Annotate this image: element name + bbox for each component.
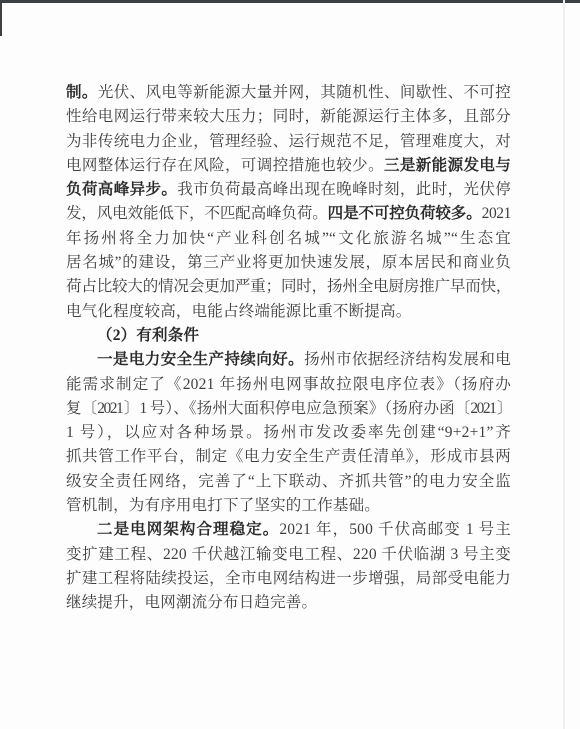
text-line: 电网整体运行存在风险，可调控措施也较少。三是新能源发电与 bbox=[66, 154, 511, 178]
text-segment-bold: 四是不可控负荷较多。 bbox=[328, 205, 482, 222]
text-line: 居名城”的建设，第三产业将更加快速发展，原本居民和商业负 bbox=[66, 251, 511, 275]
text-segment: 继续提升，电网潮流分布日趋完善。 bbox=[66, 594, 317, 611]
text-segment: 电气化程度较高，电能占终端能源比重不断提高。 bbox=[66, 303, 411, 320]
text-segment: 发，风电效能低下，不匹配高峰负荷。 bbox=[66, 205, 328, 222]
text-line: 继续提升，电网潮流分布日趋完善。 bbox=[66, 591, 511, 615]
text-segment: 年扬州将全力加快“产业科创名城”“文化旅游名城”“生态宜 bbox=[66, 230, 511, 247]
text-segment: 为非传统电力企业，管理经验、运行规范不足，管理难度大，对 bbox=[66, 133, 511, 150]
text-line: 荷占比较大的情况会更加严重；同时，扬州全电厨房推广早而快， bbox=[66, 275, 511, 299]
text-line: 一是电力安全生产持续向好。扬州市依据经济结构发展和电 bbox=[66, 348, 511, 372]
text-segment-bold: 制。 bbox=[66, 84, 98, 101]
text-line: 管机制，为有序用电打下了坚实的工作基础。 bbox=[66, 494, 511, 518]
text-segment: 变扩建工程、220 千伏越江输变电工程、220 千伏临湖 3 号主变 bbox=[66, 546, 511, 563]
text-line: 二是电网架构合理稳定。2021 年，500 千伏高邮变 1 号主 bbox=[66, 518, 511, 542]
scan-top-bar bbox=[0, 0, 580, 3]
text-segment: 2021 bbox=[482, 205, 511, 222]
text-line: 能需求制定了《2021 年扬州电网事故拉限电序位表》（扬府办 bbox=[66, 373, 511, 397]
text-line: 级安全责任网络，完善了“上下联动、齐抓共管”的电力安全监 bbox=[66, 470, 511, 494]
text-segment: 抓共管工作平台，制定《电力安全生产责任清单》，形成市县两 bbox=[66, 448, 511, 465]
text-line: 负荷高峰异步。我市负荷最高峰出现在晚峰时刻，此时，光伏停 bbox=[66, 178, 511, 202]
text-segment-bold: 负荷高峰异步。 bbox=[66, 181, 177, 198]
scan-left-edge-tick bbox=[0, 0, 2, 36]
text-segment-bold: 二是电网架构合理稳定。 bbox=[97, 521, 279, 538]
text-line: 年扬州将全力加快“产业科创名城”“文化旅游名城”“生态宜 bbox=[66, 227, 511, 251]
text-line: （2）有利条件 bbox=[66, 324, 511, 348]
text-line: 1 号），以应对各种场景。扬州市发改委率先创建“9+2+1”齐 bbox=[66, 421, 511, 445]
text-line: 发，风电效能低下，不匹配高峰负荷。四是不可控负荷较多。2021 bbox=[66, 202, 511, 226]
text-segment: 2021 年，500 千伏高邮变 1 号主 bbox=[279, 521, 511, 538]
text-line: 扩建工程将陆续投运，全市电网结构进一步增强，局部受电能力 bbox=[66, 567, 511, 591]
document-page: 制。光伏、风电等新能源大量并网，其随机性、间歇性、不可控性给电网运行带来较大压力… bbox=[0, 0, 580, 729]
text-segment: 荷占比较大的情况会更加严重；同时，扬州全电厨房推广早而快， bbox=[66, 278, 511, 295]
text-segment: 光伏、风电等新能源大量并网，其随机性、间歇性、不可控 bbox=[98, 84, 511, 101]
document-text: 制。光伏、风电等新能源大量并网，其随机性、间歇性、不可控性给电网运行带来较大压力… bbox=[66, 81, 511, 616]
text-line: 复〔2021〕1 号）、《扬州大面积停电应急预案》（扬府办函〔2021〕 bbox=[66, 397, 511, 421]
text-line: 抓共管工作平台，制定《电力安全生产责任清单》，形成市县两 bbox=[66, 445, 511, 469]
text-segment: 性给电网运行带来较大压力；同时，新能源运行主体多，且部分 bbox=[66, 108, 511, 125]
text-segment: 复〔2021〕1 号）、《扬州大面积停电应急预案》（扬府办函〔2021〕 bbox=[66, 400, 511, 417]
text-line: 为非传统电力企业，管理经验、运行规范不足，管理难度大，对 bbox=[66, 130, 511, 154]
text-line: 性给电网运行带来较大压力；同时，新能源运行主体多，且部分 bbox=[66, 105, 511, 129]
text-segment: 扩建工程将陆续投运，全市电网结构进一步增强，局部受电能力 bbox=[66, 570, 511, 587]
text-segment: 能需求制定了《2021 年扬州电网事故拉限电序位表》（扬府办 bbox=[66, 376, 511, 393]
text-segment: 电网整体运行存在风险，可调控措施也较少。 bbox=[66, 157, 384, 174]
text-segment: 管机制，为有序用电打下了坚实的工作基础。 bbox=[66, 497, 380, 514]
text-segment: 居名城”的建设，第三产业将更加快速发展，原本居民和商业负 bbox=[66, 254, 511, 271]
text-segment: 我市负荷最高峰出现在晚峰时刻，此时，光伏停 bbox=[177, 181, 511, 198]
text-segment: 1 号），以应对各种场景。扬州市发改委率先创建“9+2+1”齐 bbox=[66, 424, 511, 441]
text-segment: 级安全责任网络，完善了“上下联动、齐抓共管”的电力安全监 bbox=[66, 473, 511, 490]
text-line: 变扩建工程、220 千伏越江输变电工程、220 千伏临湖 3 号主变 bbox=[66, 543, 511, 567]
text-segment-bold: 一是电力安全生产持续向好。 bbox=[97, 351, 304, 368]
text-segment-bold: （2）有利条件 bbox=[97, 327, 199, 344]
text-segment: 扬州市依据经济结构发展和电 bbox=[304, 351, 511, 368]
text-segment-bold: 三是新能源发电与 bbox=[384, 157, 511, 174]
text-line: 制。光伏、风电等新能源大量并网，其随机性、间歇性、不可控 bbox=[66, 81, 511, 105]
text-line: 电气化程度较高，电能占终端能源比重不断提高。 bbox=[66, 300, 511, 324]
scan-right-edge-line bbox=[563, 0, 565, 729]
